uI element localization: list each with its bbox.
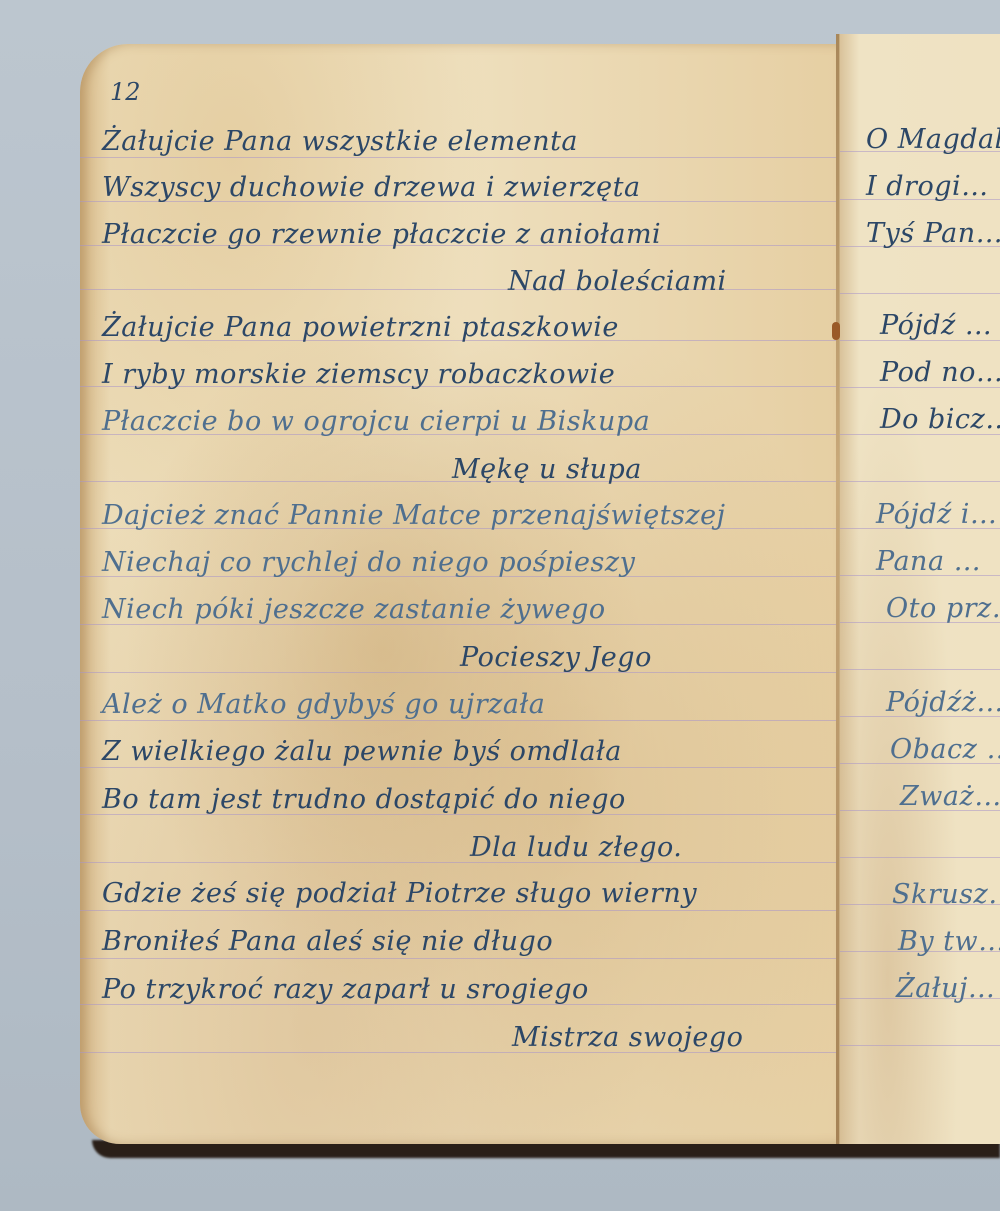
poem-line: Niechaj co rychlej do niego pośpieszy xyxy=(102,547,635,578)
rule-line xyxy=(840,293,1000,294)
rule-line xyxy=(80,958,838,959)
page-number: 12 xyxy=(110,78,141,106)
poem-line: Zważ… xyxy=(900,781,1000,812)
poem-line: Po trzykroć razy zaparł u srogiego xyxy=(102,974,589,1005)
poem-line: Broniłeś Pana aleś się nie długo xyxy=(102,926,553,957)
rule-line xyxy=(80,720,838,721)
rule-line xyxy=(80,910,838,911)
staple-rust-mark xyxy=(832,322,840,340)
rule-line xyxy=(80,157,838,158)
poem-line: Obacz … xyxy=(890,734,1000,765)
poem-line: Skrusz… xyxy=(892,879,1000,910)
poem-line: Pójdź … xyxy=(880,310,992,341)
poem-line: Pod no… xyxy=(880,357,1000,388)
poem-line: Gdzie żeś się podział Piotrze sługo wier… xyxy=(102,878,697,909)
poem-refrain: Dla ludu złego. xyxy=(470,832,682,863)
poem-line: I ryby morskie ziemscy robaczkowie xyxy=(102,359,615,390)
rule-line xyxy=(840,481,1000,482)
poem-line: Oto prz… xyxy=(886,593,1000,624)
poem-line: Ależ o Matko gdybyś go ujrzała xyxy=(102,689,545,720)
rule-line xyxy=(80,862,838,863)
poem-line: Wszyscy duchowie drzewa i zwierzęta xyxy=(102,172,641,203)
page-fold xyxy=(836,34,839,1144)
poem-refrain: Mękę u słupa xyxy=(452,454,642,485)
poem-refrain: Mistrza swojego xyxy=(512,1022,743,1053)
poem-line: Żałujcie Pana wszystkie elementa xyxy=(102,126,578,157)
right-page: O Magdal… I drogi… Tyś Pan… Pójdź … Pod … xyxy=(838,34,1000,1144)
poem-line: Tyś Pan… xyxy=(866,218,1000,249)
rule-line xyxy=(840,857,1000,858)
rule-line xyxy=(80,767,838,768)
rule-line xyxy=(840,669,1000,670)
poem-line: Żałuj… xyxy=(896,973,995,1004)
poem-line: Płaczcie go rzewnie płaczcie z aniołami xyxy=(102,219,661,250)
poem-line: By tw… xyxy=(898,926,1000,957)
poem-line: Dajcież znać Pannie Matce przenajświętsz… xyxy=(102,500,726,531)
poem-line: I drogi… xyxy=(866,171,989,202)
poem-line: Do bicz… xyxy=(880,404,1000,435)
poem-line: Pójdźż… xyxy=(886,687,1000,718)
poem-line: Niech póki jeszcze zastanie żywego xyxy=(102,594,606,625)
poem-line: Bo tam jest trudno dostąpić do niego xyxy=(102,784,626,815)
poem-line: Pójdź i… xyxy=(876,499,997,530)
poem-line: Pana … xyxy=(876,546,981,577)
rule-line xyxy=(80,672,838,673)
poem-refrain: Nad boleściami xyxy=(508,266,727,297)
poem-line: Płaczcie bo w ogrojcu cierpi u Biskupa xyxy=(102,406,650,437)
rule-line xyxy=(840,1045,1000,1046)
poem-line: O Magdal… xyxy=(866,124,1000,155)
poem-line: Żałujcie Pana powietrzni ptaszkowie xyxy=(102,312,619,343)
poem-refrain: Pocieszy Jego xyxy=(460,642,652,673)
left-page: 12 Żałujcie Pana wszystkie elementa Wszy… xyxy=(80,44,838,1144)
poem-line: Z wielkiego żalu pewnie byś omdlała xyxy=(102,736,622,767)
